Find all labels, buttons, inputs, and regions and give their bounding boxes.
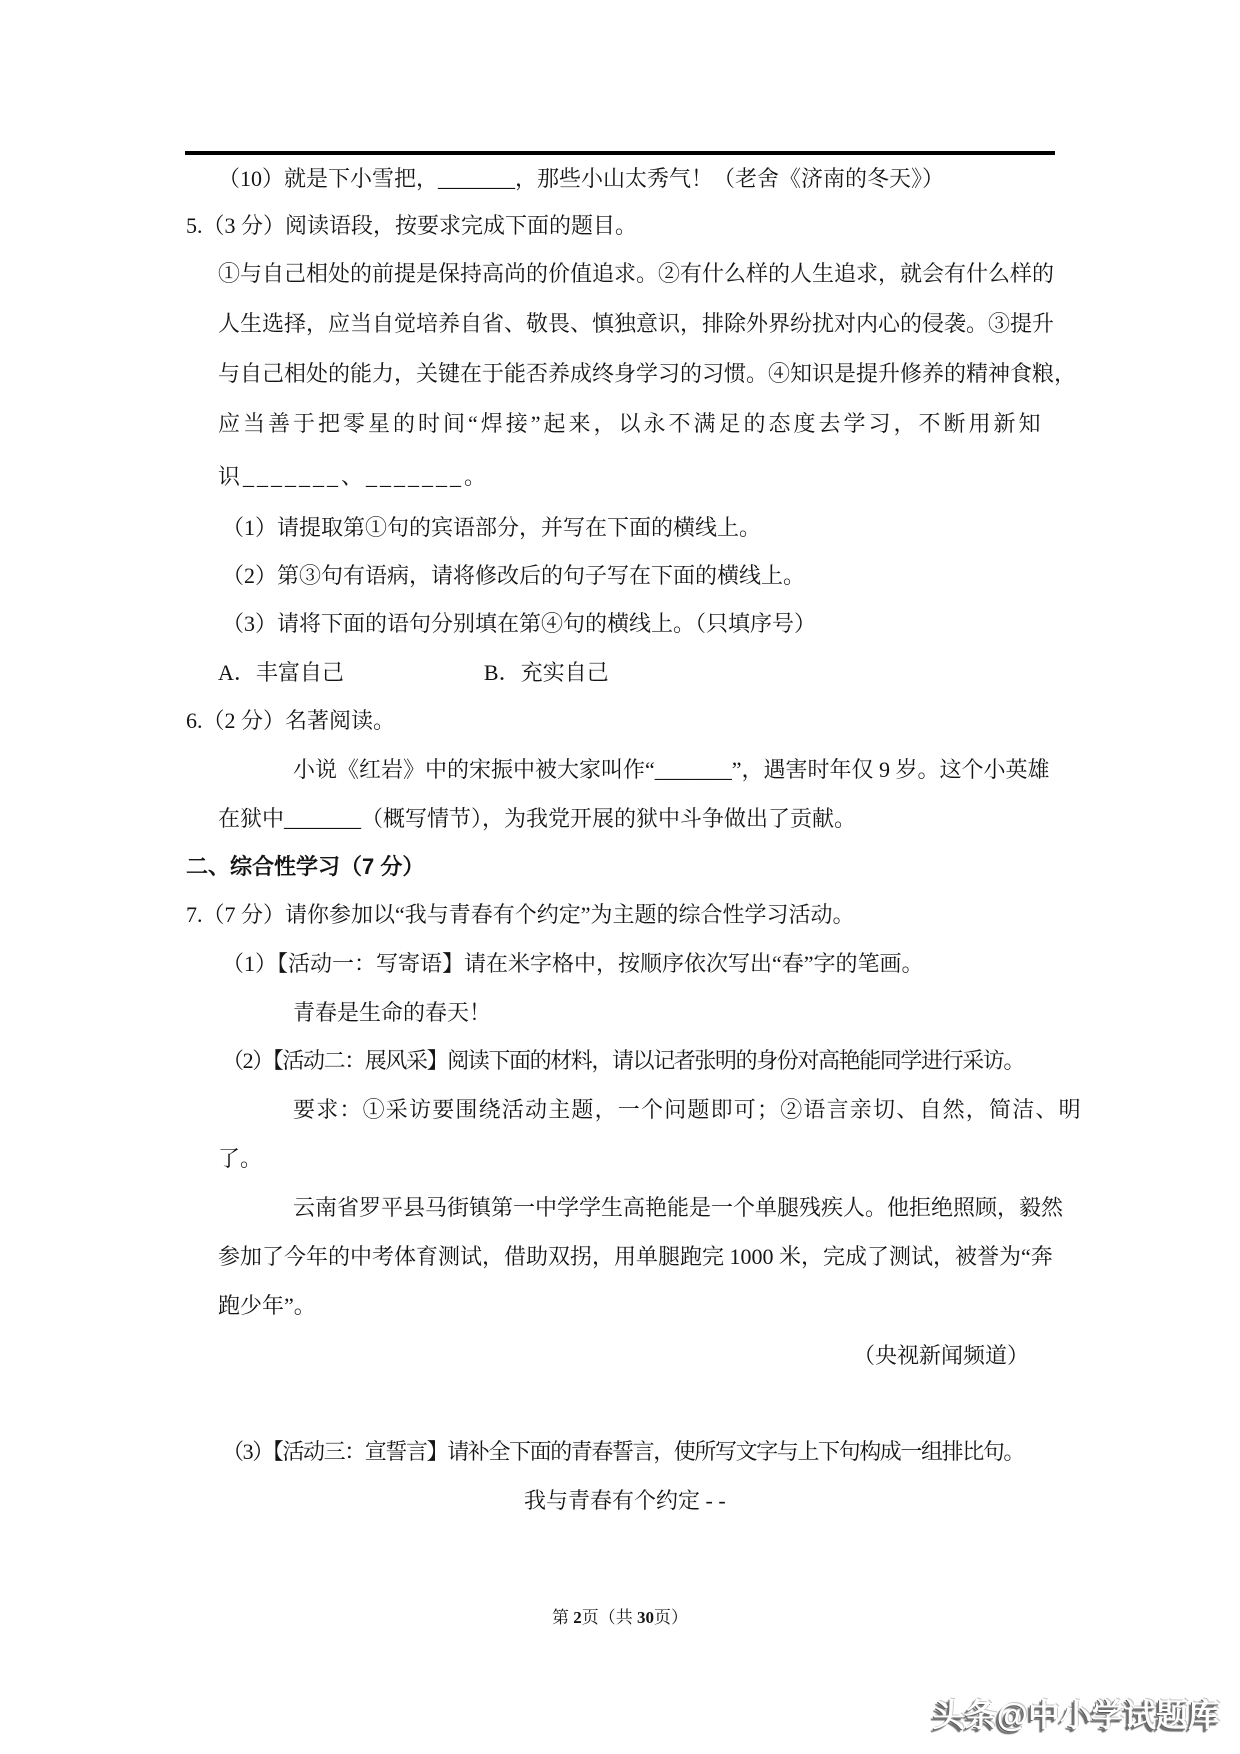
question7-activity3-text: 我与青春有个约定 - -: [524, 1486, 726, 1516]
question6-line2: 在狱中_______（概写情节），为我党开展的狱中斗争做出了贡献。: [218, 804, 856, 834]
question5-option-b: B．充实自己: [484, 660, 609, 685]
question5-sub2: （2）第③句有语病，请将修改后的句子写在下面的横线上。: [222, 561, 805, 591]
question5-sub1: （1）请提取第①句的宾语部分，并写在下面的横线上。: [222, 513, 761, 543]
question5-sub3: （3）请将下面的语句分别填在第④句的横线上。（只填序号）: [222, 609, 816, 639]
question5-passage-line4: 应当善于把零星的时间“焊接”起来，以永不满足的态度去学习，不断用新知: [218, 409, 1044, 439]
question5-passage-line3: 与自己相处的能力，关键在于能否养成终身学习的习惯。④知识是提升修养的精神食粮，: [218, 359, 1076, 389]
question7-material-line3: 跑少年”。: [218, 1291, 316, 1321]
footer-middle: 页（共: [582, 1608, 637, 1627]
watermark-text: 头条@中小学试题库: [933, 1690, 1220, 1736]
page-footer: 第 2页（共 30页）: [0, 1607, 1240, 1629]
footer-suffix: 页）: [654, 1608, 688, 1627]
question5-passage-line1: ①与自己相处的前提是保持高尚的价值追求。②有什么样的人生追求，就会有什么样的: [218, 259, 1054, 289]
question7-activity1: （1）【活动一：写寄语】请在米字格中，按顺序依次写出“春”字的笔画。: [222, 949, 924, 979]
top-divider-rule: [185, 151, 1055, 155]
question7-material-line1: 云南省罗平县马街镇第一中学学生高艳能是一个单腿残疾人。他拒绝照顾，毅然: [293, 1193, 1063, 1223]
footer-prefix: 第: [552, 1608, 573, 1627]
question7-activity2: （2）【活动二：展风采】阅读下面的材料，请以记者张明的身份对高艳能同学进行采访。: [222, 1046, 1024, 1076]
question7-activity3: （3）【活动三：宣誓言】请补全下面的青春誓言，使所写文字与上下句构成一组排比句。: [222, 1437, 1024, 1467]
question7-activity1-text: 青春是生命的春天！: [293, 998, 491, 1028]
question5-passage-line2: 人生选择，应当自觉培养自省、敬畏、慎独意识，排除外界纷扰对内心的侵袭。③提升: [218, 309, 1054, 339]
question7-heading: 7.（7 分）请你参加以“我与青春有个约定”为主题的综合性学习活动。: [186, 900, 855, 930]
question7-material-source: （央视新闻频道）: [853, 1341, 1029, 1371]
question7-activity2-requirements-line1: 要求：①采访要围绕活动主题，一个问题即可；②语言亲切、自然，简洁、明: [293, 1095, 1082, 1125]
exam-page: （10）就是下小雪把，_______，那些小山太秀气！（老舍《济南的冬天》） 5…: [0, 0, 1240, 1754]
question5-heading: 5.（3 分）阅读语段，按要求完成下面的题目。: [186, 211, 637, 241]
question5-option-a: A．丰富自己: [218, 660, 344, 685]
footer-total-pages: 30: [637, 1608, 654, 1627]
question5-options-row: A．丰富自己B．充实自己: [218, 658, 609, 688]
question6-line1: 小说《红岩》中的宋振中被大家叫作“_______”，遇害时年仅 9 岁。这个小英…: [293, 755, 1050, 785]
footer-page-number: 2: [573, 1608, 582, 1627]
question7-activity2-requirements-line2: 了。: [218, 1144, 262, 1174]
question4-item10: （10）就是下小雪把，_______，那些小山太秀气！（老舍《济南的冬天》）: [218, 164, 944, 194]
question5-passage-line5-blanks: 识_______、_______。: [218, 462, 489, 492]
question6-heading: 6.（2 分）名著阅读。: [186, 706, 395, 736]
section2-heading: 二、综合性学习（7 分）: [186, 852, 424, 882]
question7-material-line2: 参加了今年的中考体育测试，借助双拐，用单腿跑完 1000 米，完成了测试，被誉为…: [218, 1242, 1053, 1272]
